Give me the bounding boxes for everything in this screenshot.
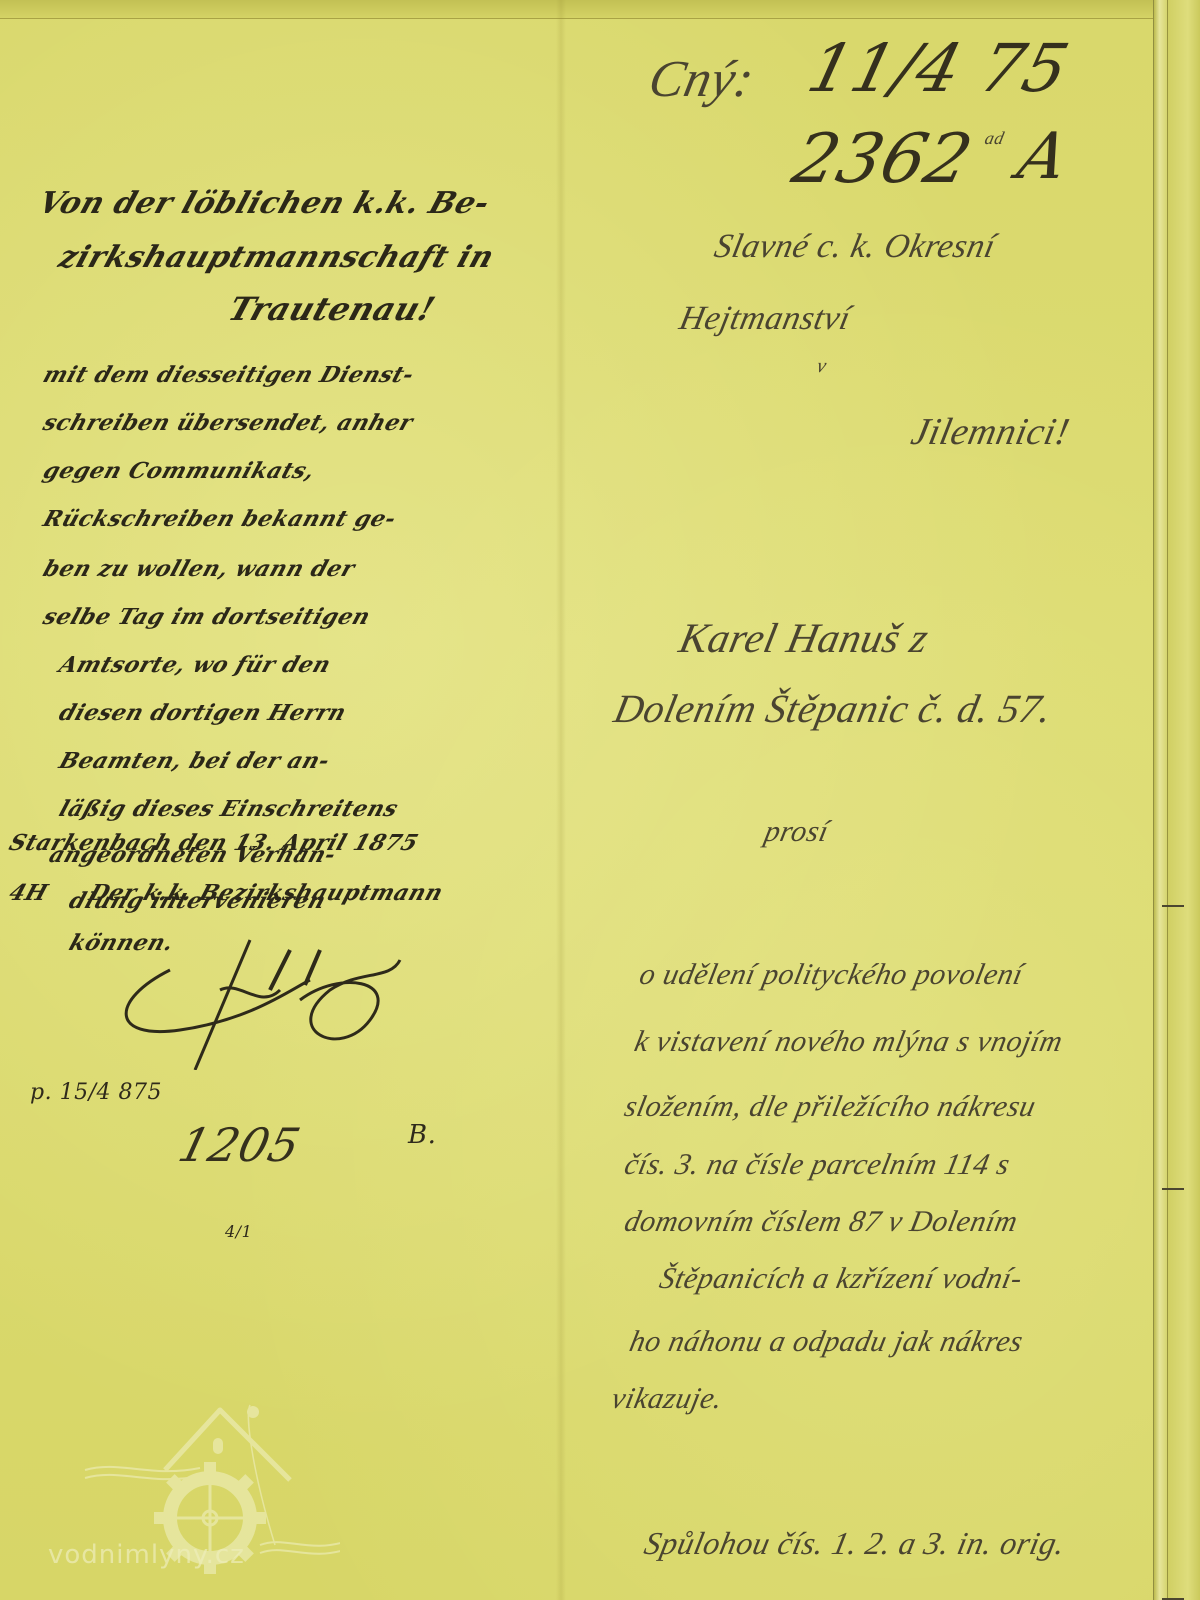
file-mark: 4/1 (225, 1222, 252, 1241)
edge-mark (1162, 905, 1184, 907)
address-line: Trautenau! (224, 290, 440, 328)
body-line: läßig dieses Einschreitens (56, 796, 402, 822)
register-number: 2362 (785, 120, 980, 199)
page-edge-fold (1153, 0, 1168, 1600)
signature-flourish (100, 930, 440, 1070)
register-suffix: ad (983, 128, 1006, 149)
body-line: Amtsorte, wo für den (56, 652, 334, 678)
addressee-line: Hejtmanství (676, 300, 854, 338)
reference-prefix: Cný: (644, 50, 760, 109)
center-fold-line (556, 0, 566, 1600)
file-letter: B. (408, 1120, 436, 1150)
enclosures-note: Spůlohou čís. 1. 2. a 3. in. orig. (641, 1525, 1069, 1562)
underlying-page-edge (1167, 0, 1200, 1600)
request-line: Štěpanicích a kzřízení vodní- (656, 1262, 1025, 1296)
applicant-address: Dolením Štěpanic č. d. 57. (610, 685, 1056, 732)
document-scan: Von der löblichen k.k. Be- zirkshauptman… (0, 0, 1200, 1600)
body-line: Rückschreiben bekannt ge- (40, 506, 400, 532)
request-line: domovním číslem 87 v Dolením (621, 1205, 1020, 1239)
body-line: selbe Tag im dortseitigen (40, 604, 374, 630)
body-line: gegen Communikats, (40, 458, 319, 484)
addressee-line: Slavné c. k. Okresní (711, 228, 999, 266)
body-line: mit dem diesseitigen Dienst- (40, 362, 418, 388)
body-line: ben zu wollen, wann der (40, 556, 359, 582)
address-line: zirkshauptmannschaft in (54, 240, 498, 275)
request-line: k vistavení nového mlýna s vnojím (631, 1025, 1065, 1059)
address-line: Von der löblichen k.k. Be- (34, 186, 494, 221)
file-number: 1205 (173, 1118, 306, 1172)
sign-prefix: 4H (6, 880, 52, 906)
request-line: složením, dle přiležícího nákresu (621, 1090, 1039, 1124)
body-line: Beamten, bei der an- (56, 748, 333, 774)
request-line: o udělení polityckého povolení (636, 958, 1026, 992)
addressee-line: Jilemnici! (907, 410, 1073, 454)
body-line: diesen dortigen Herrn (56, 700, 350, 726)
request-verb: prosí (761, 815, 831, 849)
request-line: vikazuje. (608, 1382, 726, 1416)
register-letter: A (1011, 120, 1076, 194)
received-note: p. 15/4 875 (30, 1080, 162, 1105)
applicant-name: Karel Hanuš z (675, 615, 933, 663)
watermark-text: vodnimlyny.cz (48, 1540, 245, 1570)
place-date: Starkenbach den 13. April 1875 (6, 830, 422, 856)
body-line: schreiben übersendet, anher (40, 410, 417, 436)
reference-number: 11/4 75 (800, 30, 1076, 107)
page-top-edge (0, 0, 1160, 19)
sign-title: Der k.k. Bezirkshauptmann (86, 880, 447, 906)
request-line: čís. 3. na čísle parcelním 114 s (621, 1148, 1013, 1182)
request-line: ho náhonu a odpadu jak nákres (626, 1325, 1026, 1359)
edge-mark (1162, 1188, 1184, 1190)
addressee-line: v (815, 355, 829, 378)
